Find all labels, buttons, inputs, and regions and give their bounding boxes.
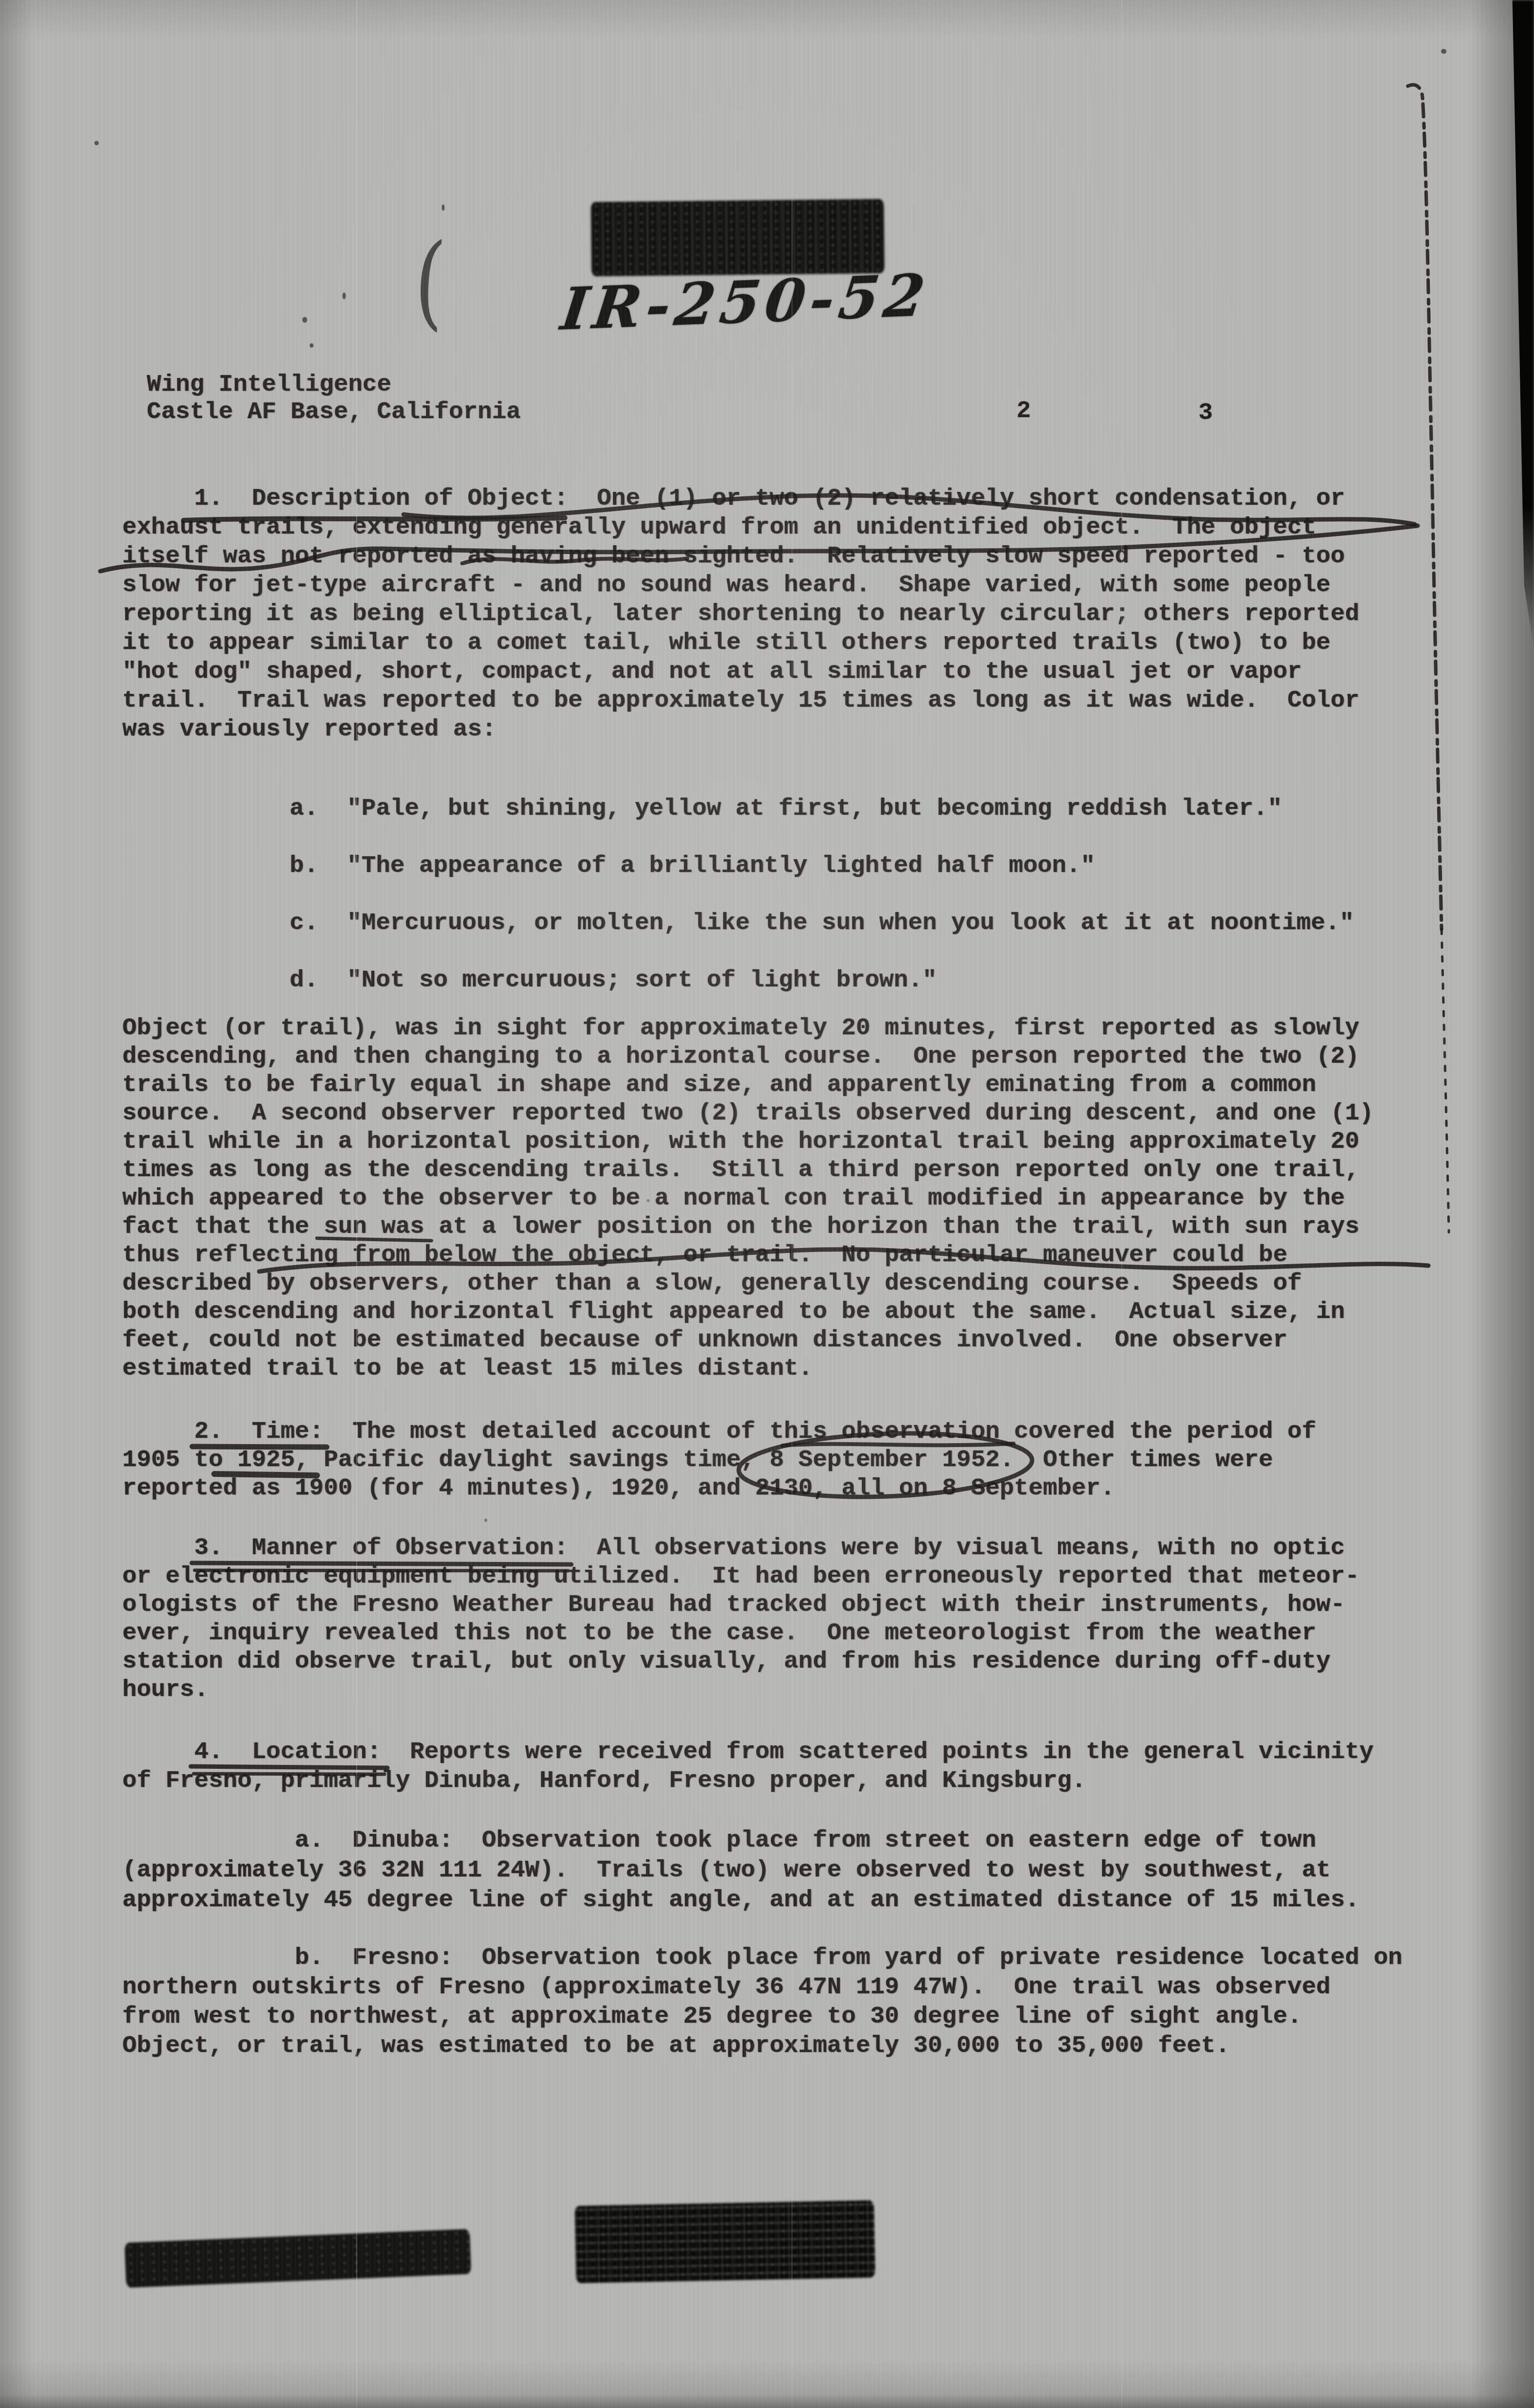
stamp-bottom-center (575, 2200, 876, 2283)
text-line: which appeared to the observer to be a n… (122, 1184, 1374, 1212)
paragraph-location-fresno: b. Fresno: Observation took place from y… (122, 1943, 1402, 2060)
text-line: c. "Mercuruous, or molten, like the sun … (290, 894, 1354, 952)
text-line: d. "Not so mercuruous; sort of light bro… (290, 952, 1354, 1009)
text-line: 3. Manner of Observation: All observatio… (122, 1534, 1359, 1562)
ink-speck (442, 204, 445, 211)
text-line: 1. Description of Object: One (1) or two… (122, 484, 1359, 513)
header-location: Castle AF Base, California (147, 398, 521, 425)
text-line: 1905 to 1925, Pacific daylight savings t… (122, 1446, 1316, 1474)
text-line: from west to northwest, at approximate 2… (122, 2002, 1402, 2031)
text-line: 2. Time: The most detailed account of th… (122, 1417, 1316, 1446)
paragraph-location-dinuba: a. Dinuba: Observation took place from s… (122, 1826, 1359, 1915)
scan-streak (1121, 0, 1122, 2408)
text-line: itself was not reported as having been s… (122, 542, 1359, 571)
text-line: estimated trail to be at least 15 miles … (122, 1354, 1374, 1382)
text-line: a. Dinuba: Observation took place from s… (122, 1826, 1359, 1855)
paragraph-description-of-object: 1. Description of Object: One (1) or two… (122, 484, 1359, 744)
ink-speck (310, 343, 314, 348)
text-line: b. Fresno: Observation took place from y… (122, 1943, 1402, 1972)
paragraph-location: 4. Location: Reports were received from … (122, 1738, 1374, 1795)
redaction-stamp-top (590, 199, 885, 276)
scanned-document-page: IR-250-52 ( Wing Intelligence Castle AF … (0, 0, 1534, 2408)
text-line: of Fresno, primarily Dinuba, Hanford, Fr… (122, 1766, 1374, 1795)
pen-parenthesis-mark: ( (412, 221, 448, 342)
text-line: hours. (122, 1675, 1359, 1704)
ink-speck (342, 292, 346, 299)
ink-speck (484, 1518, 487, 1522)
text-line: trails to be fairly equal in shape and s… (122, 1070, 1374, 1099)
page-number-left: 2 (1016, 397, 1031, 424)
text-line: trail while in a horizontal position, wi… (122, 1127, 1374, 1156)
text-line: slow for jet-type aircraft - and no soun… (122, 571, 1359, 600)
text-line: ologists of the Fresno Weather Bureau ha… (122, 1590, 1359, 1619)
text-line: feet, could not be estimated because of … (122, 1326, 1374, 1354)
right-margin-scratch-fade (1442, 929, 1449, 1232)
text-line: "hot dog" shaped, short, compact, and no… (122, 657, 1359, 686)
ink-speck (302, 317, 307, 323)
text-line: trail. Trail was reported to be approxim… (122, 686, 1359, 715)
text-line: Object, or trail, was estimated to be at… (122, 2031, 1402, 2060)
text-line: descending, and then changing to a horiz… (122, 1042, 1374, 1070)
paragraph-time: 2. Time: The most detailed account of th… (122, 1417, 1316, 1502)
ink-speck (647, 1199, 650, 1202)
scan-streak (791, 0, 792, 2408)
document-header: Wing Intelligence Castle AF Base, Califo… (147, 371, 521, 425)
text-line: (approximately 36 32N 111 24W). Trails (… (122, 1855, 1359, 1885)
page-edge-black-top-right (1511, 0, 1534, 650)
text-line: fact that the sun was at a lower positio… (122, 1212, 1374, 1241)
right-margin-scratch-strong (1408, 85, 1442, 929)
text-line: station did observe trail, but only visu… (122, 1647, 1359, 1675)
ink-speck (1441, 49, 1446, 54)
page-number-right: 3 (1198, 399, 1213, 426)
text-line: 4. Location: Reports were received from … (122, 1738, 1374, 1766)
text-line: source. A second observer reported two (… (122, 1099, 1374, 1127)
page-edge-shadow-bottom (0, 2394, 1534, 2408)
text-line: or electronic equipment being utilized. … (122, 1562, 1359, 1590)
paragraph-object-or-trail: Object (or trail), was in sight for appr… (122, 1014, 1374, 1382)
text-line: Object (or trail), was in sight for appr… (122, 1014, 1374, 1042)
header-office: Wing Intelligence (147, 371, 521, 398)
text-line: both descending and horizontal flight ap… (122, 1297, 1374, 1326)
text-line: exhaust trails, extending generally upwa… (122, 513, 1359, 542)
paragraph-manner-of-observation: 3. Manner of Observation: All observatio… (122, 1534, 1359, 1704)
text-line: described by observers, other than a slo… (122, 1269, 1374, 1297)
text-line: northern outskirts of Fresno (approximat… (122, 1972, 1402, 2002)
text-line: times as long as the descending trails. … (122, 1156, 1374, 1184)
stamp-bottom-left (124, 2229, 471, 2288)
text-line: thus reflecting from below the object, o… (122, 1241, 1374, 1269)
page-edge-shadow-right (1469, 0, 1534, 2408)
scan-streak (356, 0, 357, 2408)
text-line: a. "Pale, but shining, yellow at first, … (290, 780, 1354, 837)
text-line: b. "The appearance of a brilliantly ligh… (290, 837, 1354, 894)
list-color-reports: a. "Pale, but shining, yellow at first, … (290, 780, 1354, 1009)
text-line: ever, inquiry revealed this not to be th… (122, 1619, 1359, 1647)
text-line: approximately 45 degree line of sight an… (122, 1885, 1359, 1915)
text-line: was variously reported as: (122, 715, 1359, 744)
text-line: reported as 1900 (for 4 minutes), 1920, … (122, 1474, 1316, 1502)
text-line: reporting it as being elliptical, later … (122, 600, 1359, 628)
text-line: it to appear similar to a comet tail, wh… (122, 628, 1359, 657)
ink-speck (94, 141, 99, 145)
